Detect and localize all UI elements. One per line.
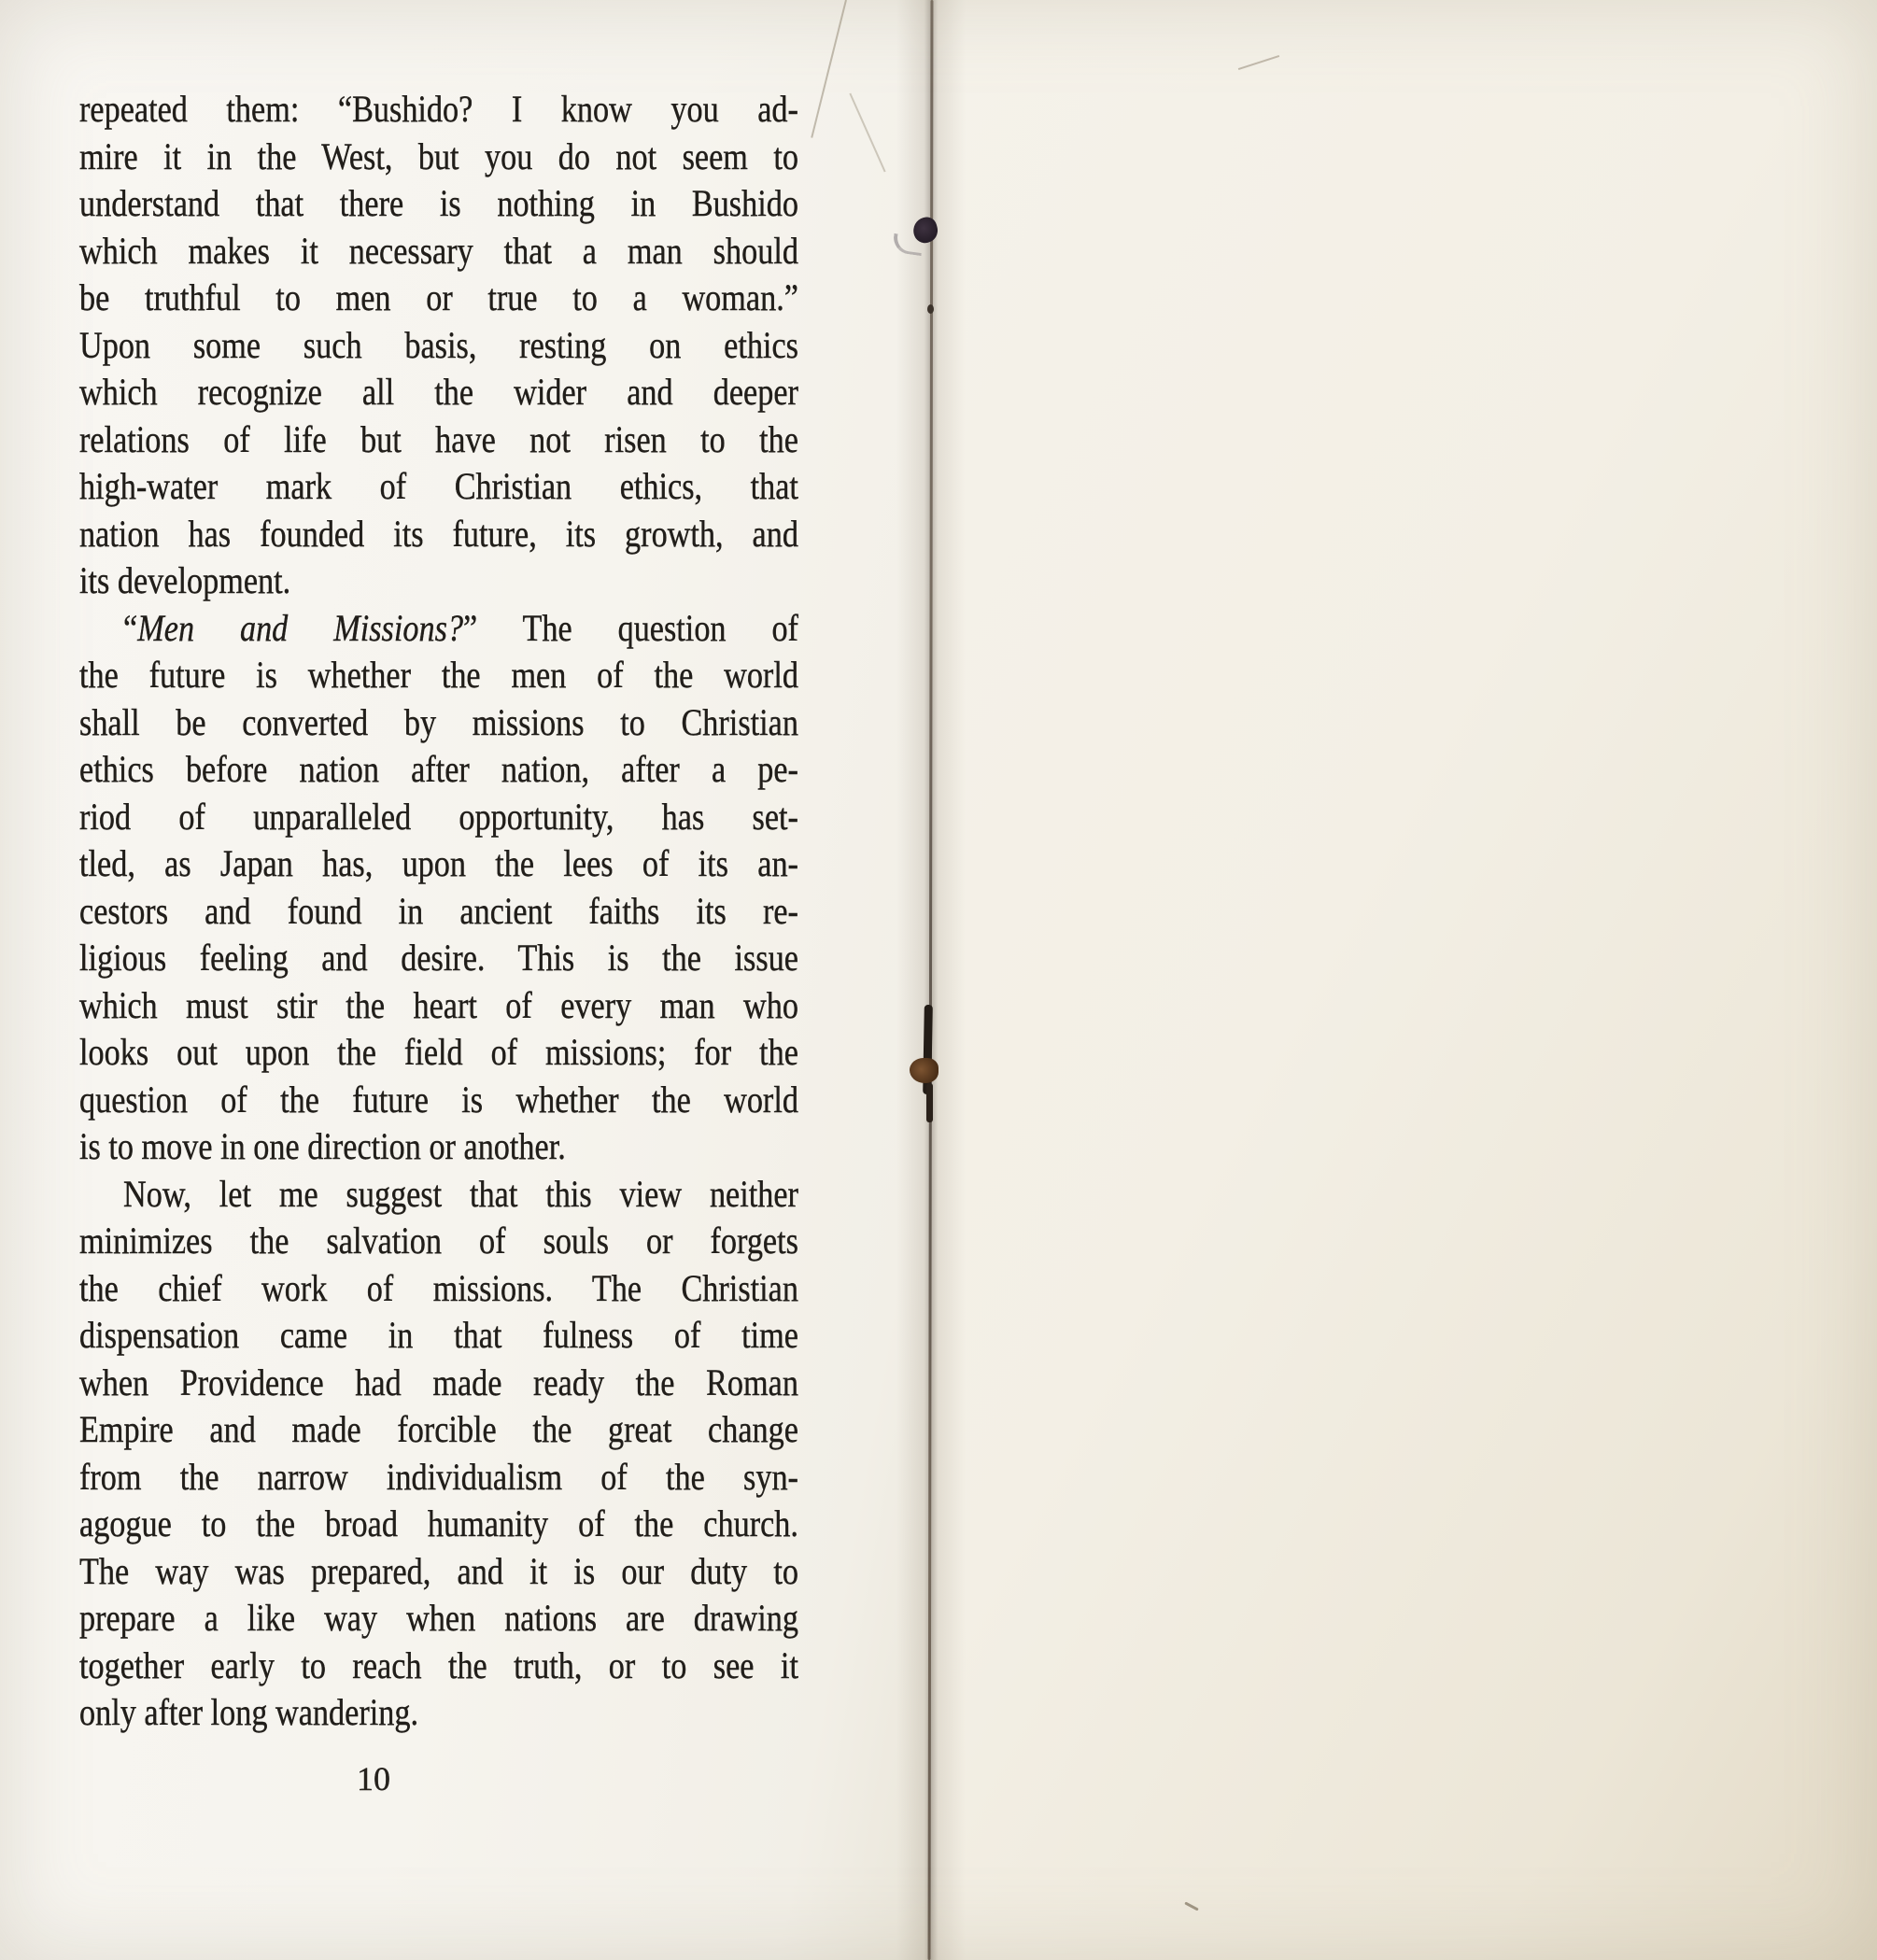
text-segment: The way was prepared, and it is our duty… bbox=[79, 1550, 798, 1592]
text-segment: understand that there is nothing in Bush… bbox=[79, 182, 798, 224]
text-line: the future is whether the men of the wor… bbox=[79, 652, 798, 699]
text-segment: tled, as Japan has, upon the lees of its… bbox=[79, 842, 798, 884]
text-segment: mire it in the West, but you do not seem… bbox=[79, 135, 798, 177]
gutter-ink-dot bbox=[927, 304, 934, 314]
binding-thread-mark-lower bbox=[926, 1083, 933, 1122]
left-page: repeated them: “Bushido? I know you ad-m… bbox=[0, 0, 930, 1960]
page-number-left: 10 bbox=[79, 1759, 668, 1798]
text-line: which recognize all the wider and deeper bbox=[79, 369, 798, 416]
text-segment: ligious feeling and desire. This is the … bbox=[79, 937, 798, 979]
text-segment: cestors and found in ancient faiths its … bbox=[79, 890, 798, 932]
left-text-column: repeated them: “Bushido? I know you ad-m… bbox=[79, 86, 798, 1737]
book-spread-scan: { "document": { "kind": "scanned-book-sp… bbox=[0, 0, 1877, 1960]
text-segment: nation has founded its future, its growt… bbox=[79, 513, 798, 555]
text-line: agogue to the broad humanity of the chur… bbox=[79, 1501, 798, 1548]
text-segment: which recognize all the wider and deeper bbox=[79, 371, 798, 413]
text-line: tled, as Japan has, upon the lees of its… bbox=[79, 840, 798, 888]
text-segment: be truthful to men or true to a woman.” bbox=[79, 276, 798, 318]
text-line: dispensation came in that fulness of tim… bbox=[79, 1312, 798, 1360]
text-line: cestors and found in ancient faiths its … bbox=[79, 888, 798, 936]
text-segment: when Providence had made ready the Roman bbox=[79, 1361, 798, 1403]
text-segment: which must stir the heart of every man w… bbox=[79, 984, 798, 1026]
text-segment: repeated them: “Bushido? I know you ad- bbox=[79, 88, 798, 130]
text-line: shall be converted by missions to Christ… bbox=[79, 699, 798, 747]
text-line: ligious feeling and desire. This is the … bbox=[79, 935, 798, 982]
text-line: from the narrow individualism of the syn… bbox=[79, 1454, 798, 1502]
text-line: riod of unparalleled opportunity, has se… bbox=[79, 794, 798, 841]
text-segment: shall be converted by missions to Christ… bbox=[79, 701, 798, 743]
text-line: Now, let me suggest that this view neith… bbox=[79, 1171, 798, 1219]
text-line: question of the future is whether the wo… bbox=[79, 1077, 798, 1124]
text-line: mire it in the West, but you do not seem… bbox=[79, 134, 798, 181]
text-segment: the chief work of missions. The Christia… bbox=[79, 1267, 798, 1309]
text-line: looks out upon the field of missions; fo… bbox=[79, 1029, 798, 1077]
binding-glue-blob bbox=[910, 1058, 938, 1083]
text-line: minimizes the salvation of souls or forg… bbox=[79, 1218, 798, 1265]
right-page: Now, as in the fourth century, the world… bbox=[930, 0, 1877, 1960]
text-line: only after long wandering. bbox=[79, 1689, 798, 1737]
text-segment: its development. bbox=[79, 559, 290, 601]
text-segment: agogue to the broad humanity of the chur… bbox=[79, 1502, 798, 1544]
text-line: which must stir the heart of every man w… bbox=[79, 982, 798, 1030]
text-line: “Men and Missions?” The question of bbox=[79, 605, 798, 653]
text-line: be truthful to men or true to a woman.” bbox=[79, 275, 798, 322]
text-line: understand that there is nothing in Bush… bbox=[79, 180, 798, 228]
text-line: its development. bbox=[79, 557, 798, 605]
text-line: Upon some such basis, resting on ethics bbox=[79, 322, 798, 370]
text-segment: dispensation came in that fulness of tim… bbox=[79, 1314, 798, 1356]
text-line: high-water mark of Christian ethics, tha… bbox=[79, 463, 798, 511]
text-line: ethics before nation after nation, after… bbox=[79, 746, 798, 794]
text-segment: minimizes the salvation of souls or forg… bbox=[79, 1220, 798, 1262]
text-segment: “ bbox=[123, 607, 137, 649]
text-line: prepare a like way when nations are draw… bbox=[79, 1595, 798, 1643]
text-line: repeated them: “Bushido? I know you ad- bbox=[79, 86, 798, 134]
text-segment: high-water mark of Christian ethics, tha… bbox=[79, 465, 798, 507]
text-segment: prepare a like way when nations are draw… bbox=[79, 1597, 798, 1639]
text-segment: is to move in one direction or another. bbox=[79, 1125, 566, 1167]
text-line: The way was prepared, and it is our duty… bbox=[79, 1548, 798, 1596]
text-segment: which makes it necessary that a man shou… bbox=[79, 230, 798, 272]
text-line: is to move in one direction or another. bbox=[79, 1123, 798, 1171]
text-segment: Now, let me suggest that this view neith… bbox=[123, 1173, 798, 1215]
text-segment: ” The question of bbox=[463, 607, 798, 649]
text-segment: only after long wandering. bbox=[79, 1691, 418, 1733]
text-segment: the future is whether the men of the wor… bbox=[79, 654, 798, 696]
text-line: nation has founded its future, its growt… bbox=[79, 511, 798, 558]
text-line: together early to reach the truth, or to… bbox=[79, 1643, 798, 1690]
text-segment: from the narrow individualism of the syn… bbox=[79, 1456, 798, 1498]
text-segment: Empire and made forcible the great chang… bbox=[79, 1408, 798, 1450]
text-segment: together early to reach the truth, or to… bbox=[79, 1644, 798, 1686]
text-segment: relations of life but have not risen to … bbox=[79, 418, 798, 460]
text-segment: question of the future is whether the wo… bbox=[79, 1079, 798, 1121]
text-segment: looks out upon the field of missions; fo… bbox=[79, 1031, 798, 1073]
text-line: the chief work of missions. The Christia… bbox=[79, 1265, 798, 1313]
text-line: relations of life but have not risen to … bbox=[79, 416, 798, 464]
italic-text-segment: Men and Missions? bbox=[137, 607, 463, 649]
text-line: which makes it necessary that a man shou… bbox=[79, 228, 798, 275]
text-segment: riod of unparalleled opportunity, has se… bbox=[79, 796, 798, 838]
text-line: when Providence had made ready the Roman bbox=[79, 1360, 798, 1407]
text-segment: ethics before nation after nation, after… bbox=[79, 748, 798, 790]
text-line: Empire and made forcible the great chang… bbox=[79, 1406, 798, 1454]
text-segment: Upon some such basis, resting on ethics bbox=[79, 324, 798, 366]
